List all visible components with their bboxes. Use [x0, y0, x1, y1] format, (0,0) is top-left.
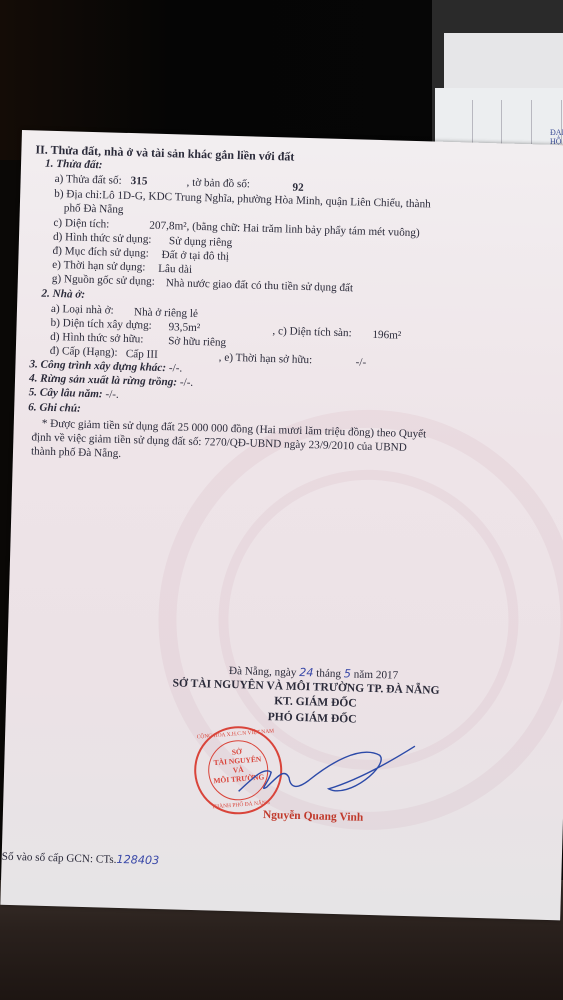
- own-term-label: , e) Thời hạn sở hữu:: [219, 352, 313, 367]
- map-number: 92: [292, 182, 304, 194]
- grade-label: đ) Cấp (Hạng):: [50, 345, 118, 359]
- own-term-value: -/-: [355, 356, 366, 368]
- background-document: ĐẠI HỘ: [432, 0, 563, 150]
- purpose-label: đ) Mục đích sử dụng:: [52, 245, 148, 260]
- date-month-label: tháng: [316, 667, 341, 680]
- purpose-value: Đất ở tại đô thị: [161, 249, 229, 263]
- grade-value: Cấp III: [126, 348, 158, 361]
- parcel-number: 315: [130, 175, 147, 187]
- perennial-value: -/-.: [105, 388, 119, 400]
- use-form-label: d) Hình thức sử dụng:: [53, 231, 152, 246]
- area-label: c) Diện tích:: [53, 217, 109, 231]
- land-heading: 1. Thửa đất:: [45, 158, 103, 172]
- house-heading: 2. Nhà ở:: [41, 288, 85, 301]
- background-doc-text: ĐẠI HỘ: [550, 128, 563, 146]
- signer-title-1: KT. GIÁM ĐỐC: [274, 695, 357, 709]
- date-prefix: Đà Nẵng, ngày: [229, 665, 297, 679]
- ownership-label: d) Hình thức sở hữu:: [50, 331, 144, 346]
- use-form-value: Sử dụng riêng: [169, 235, 233, 249]
- floor-area-label: , c) Diện tích sàn:: [272, 325, 352, 339]
- build-area-value: 93,5m²: [168, 321, 200, 334]
- registry-number: 128403: [116, 853, 159, 867]
- origin-value: Nhà nước giao đất có thu tiền sử dụng đấ…: [166, 277, 354, 294]
- notes-heading: 6. Ghi chú:: [28, 401, 81, 414]
- map-label: , tờ bản đồ số:: [186, 177, 250, 191]
- registry-label: Số vào sổ cấp GCN: CTs.: [2, 851, 117, 866]
- other-construction-value: -/-.: [169, 362, 183, 374]
- parcel-label: a) Thửa đất số:: [54, 173, 121, 187]
- notes-line3: thành phố Đà Nẵng.: [31, 445, 121, 460]
- address-label: b) Địa chỉ:: [54, 188, 102, 201]
- address-line2: phố Đà Nẵng: [64, 202, 124, 216]
- signer-title-2: PHÓ GIÁM ĐỐC: [268, 711, 357, 725]
- floor-area-value: 196m²: [372, 329, 401, 342]
- background-card: [444, 33, 563, 93]
- handwritten-signature: [228, 736, 420, 821]
- perennial-label: 5. Cây lâu năm:: [29, 386, 103, 400]
- address-line1: Lô 1D-G, KDC Trung Nghĩa, phường Hòa Min…: [102, 189, 431, 210]
- build-area-label: b) Diện tích xây dựng:: [50, 317, 151, 332]
- certificate-page: II. Thửa đất, nhà ở và tài sản khác gắn …: [0, 130, 563, 920]
- origin-label: g) Nguồn gốc sử dụng:: [52, 273, 155, 288]
- forest-value: -/-.: [180, 377, 194, 389]
- date-year: năm 2017: [354, 668, 399, 681]
- term-label: e) Thời hạn sử dụng:: [52, 259, 145, 274]
- ownership-value: Sở hữu riêng: [168, 335, 226, 349]
- house-type-label: a) Loại nhà ở:: [51, 303, 114, 317]
- house-type-value: Nhà ở riêng lẻ: [134, 306, 198, 320]
- date-month: 5: [344, 667, 351, 680]
- term-value: Lâu dài: [158, 263, 192, 276]
- signer-name: Nguyễn Quang Vinh: [263, 809, 364, 824]
- other-construction-label: 3. Công trình xây dựng khác:: [29, 358, 166, 374]
- date-day: 24: [299, 666, 314, 679]
